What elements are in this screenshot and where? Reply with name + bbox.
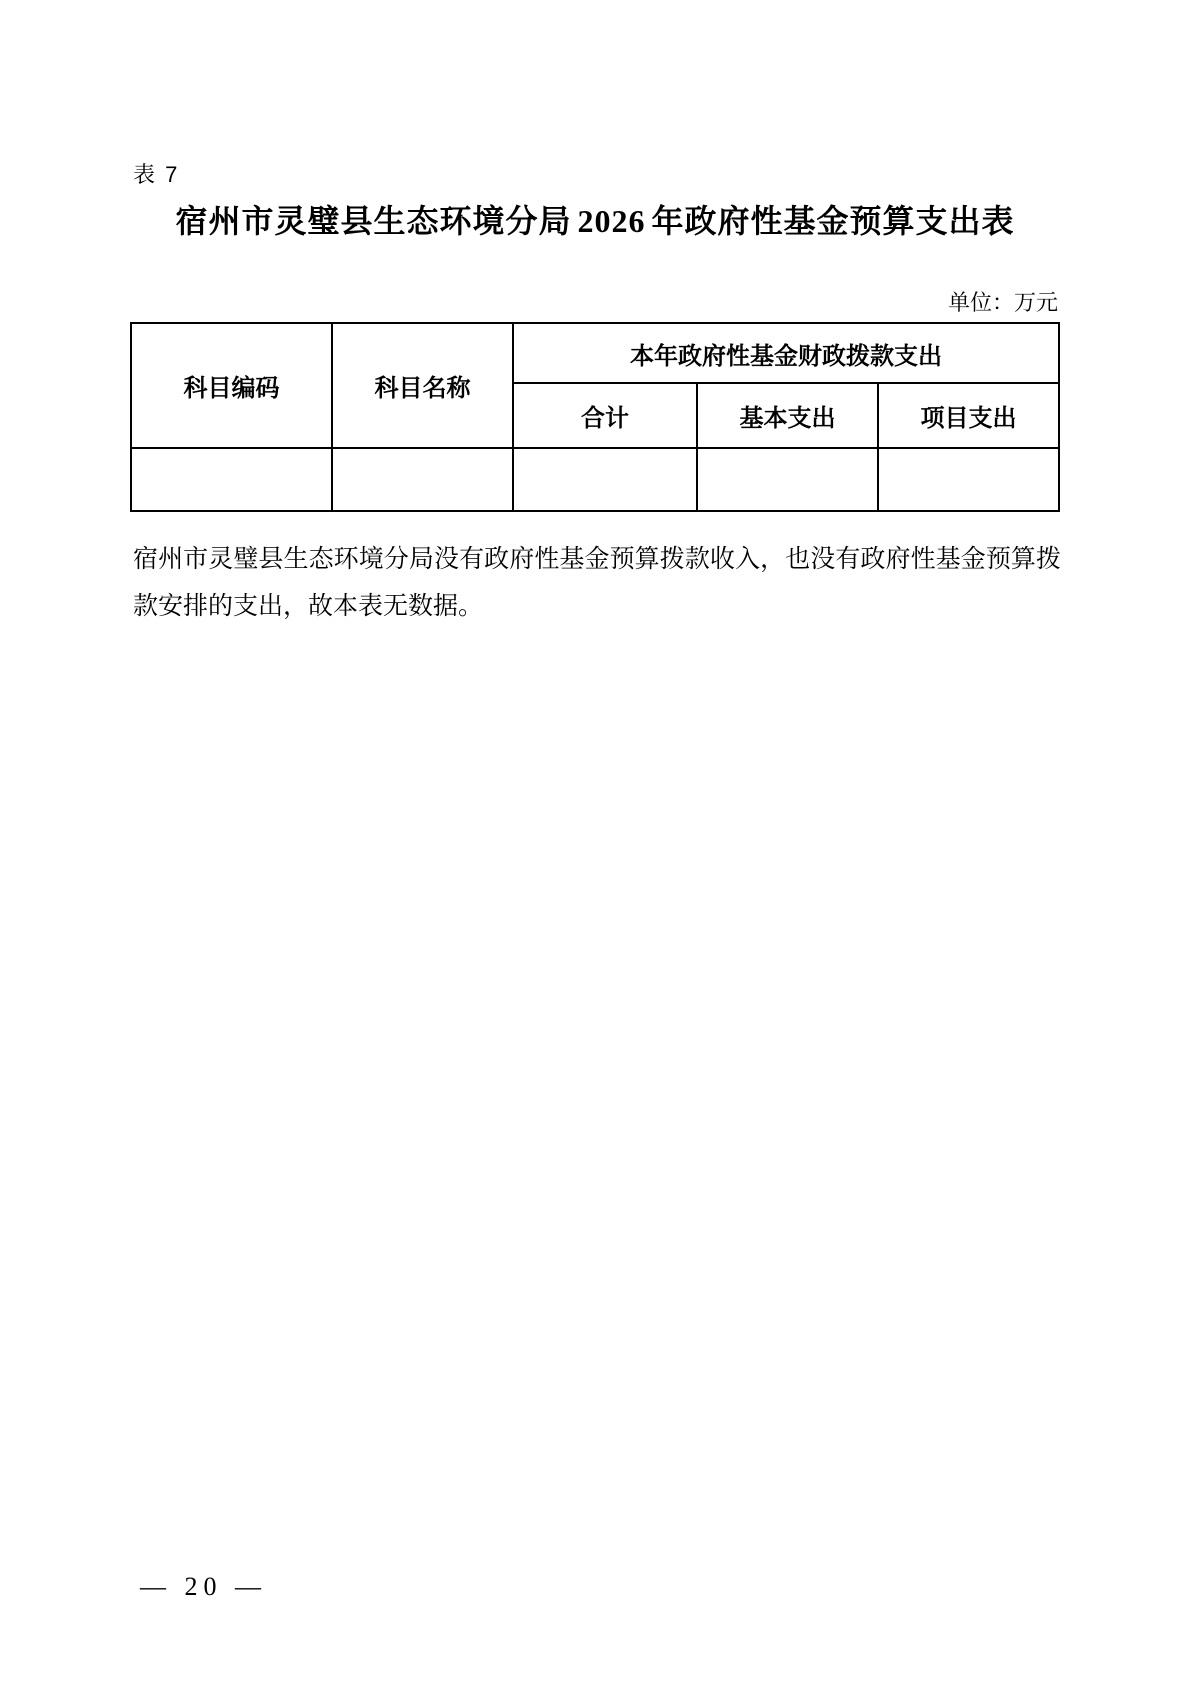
header-group-fund-allocation: 本年政府性基金财政拨款支出 bbox=[513, 323, 1059, 383]
page-title-year: 2026 bbox=[572, 203, 652, 239]
no-data-note: 宿州市灵璧县生态环境分局没有政府性基金预算拨款收入，也没有政府性基金预算拨款安排… bbox=[133, 536, 1061, 630]
header-subject-code: 科目编码 bbox=[131, 323, 332, 448]
header-project-expenditure: 项目支出 bbox=[878, 383, 1059, 448]
cell-project-expenditure bbox=[878, 448, 1059, 511]
page-title: 宿州市灵璧县生态环境分局2026年政府性基金预算支出表 bbox=[0, 196, 1190, 242]
cell-subject-name bbox=[332, 448, 513, 511]
page-title-suffix: 年政府性基金预算支出表 bbox=[652, 203, 1015, 239]
cell-subject-code bbox=[131, 448, 332, 511]
table-row bbox=[131, 448, 1059, 511]
table-number-label: 表 7 bbox=[133, 158, 179, 189]
cell-total bbox=[513, 448, 697, 511]
cell-basic-expenditure bbox=[697, 448, 878, 511]
page-number: — 20 — bbox=[140, 1572, 267, 1602]
page-title-prefix: 宿州市灵璧县生态环境分局 bbox=[175, 203, 571, 239]
header-subject-name: 科目名称 bbox=[332, 323, 513, 448]
table-header-row-1: 科目编码 科目名称 本年政府性基金财政拨款支出 bbox=[131, 323, 1059, 383]
budget-expenditure-table: 科目编码 科目名称 本年政府性基金财政拨款支出 合计 基本支出 项目支出 bbox=[130, 322, 1060, 512]
document-page: 表 7 宿州市灵璧县生态环境分局2026年政府性基金预算支出表 单位：万元 科目… bbox=[0, 0, 1190, 1683]
header-total: 合计 bbox=[513, 383, 697, 448]
header-basic-expenditure: 基本支出 bbox=[697, 383, 878, 448]
unit-note: 单位：万元 bbox=[133, 286, 1058, 317]
